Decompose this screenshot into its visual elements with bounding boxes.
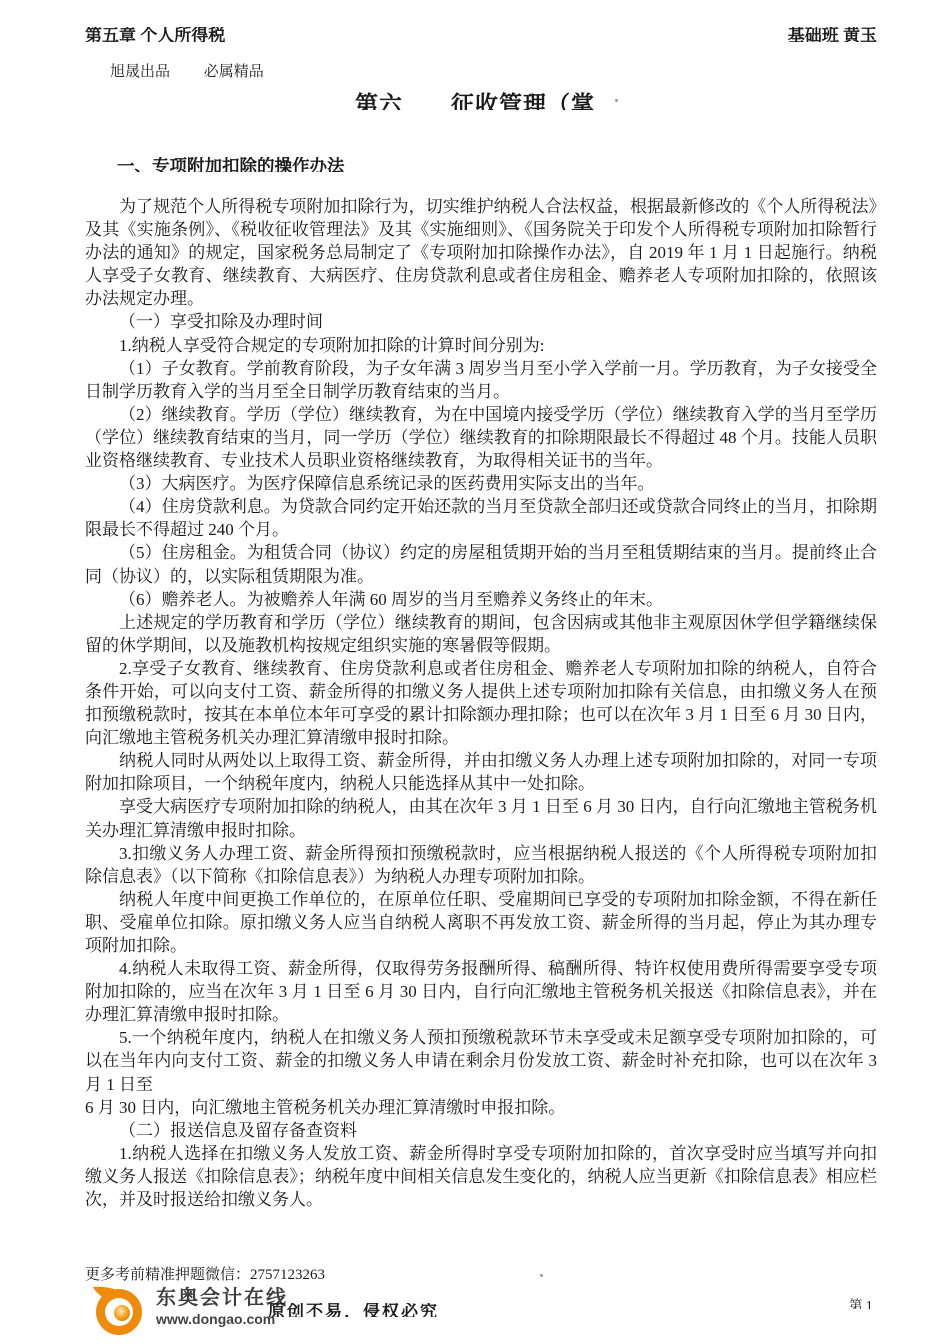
scan-speck <box>615 99 618 102</box>
body-paragraph: （1）子女教育。学前教育阶段，为子女年满 3 周岁当月至小学入学前一月。学历教育… <box>85 357 877 403</box>
body-paragraph: 3.扣缴义务人办理工资、薪金所得预扣预缴税款时，应当根据纳税人报送的《个人所得税… <box>85 842 877 888</box>
body-paragraph: 5.一个纳税年度内，纳税人在扣缴义务人预扣预缴税款环节未享受或未足额享受专项附加… <box>85 1026 877 1095</box>
body-paragraph: 上述规定的学历教育和学历（学位）继续教育的期间，包含因病或其他非主观原因休学但学… <box>85 611 877 657</box>
body-paragraph: （二）报送信息及留存备查资料 <box>85 1119 877 1142</box>
document-page: 第五章 个人所得税 基础班 黄玉 旭晟出品 必属精品 第六 征收管理（掌 一、专… <box>0 0 950 1344</box>
body-paragraph: 纳税人年度中间更换工作单位的，在原单位任职、受雇期间已享受的专项附加扣除金额，不… <box>85 888 877 957</box>
brand-left: 旭晟出品 <box>110 64 170 80</box>
dongao-logo: 东奥会计在线 www.dongao.com <box>90 1286 288 1336</box>
body-paragraph: 6 月 30 日内，向汇缴地主管税务机关办理汇算清缴时申报扣除。 <box>85 1096 877 1119</box>
page-title: 第六 征收管理（掌 <box>0 92 950 110</box>
dongao-logo-icon <box>90 1286 148 1336</box>
body-paragraph: （4）住房贷款利息。为贷款合同约定开始还款的当月至贷款全部归还或贷款合同终止的当… <box>85 495 877 541</box>
body-paragraph: 1.纳税人选择在扣缴义务人发放工资、薪金所得时享受专项附加扣除的，首次享受时应当… <box>85 1142 877 1211</box>
body-paragraph: （5）住房租金。为租赁合同（协议）约定的房屋租赁期开始的当月至租赁期结束的当月。… <box>85 541 877 587</box>
scan-speck <box>540 1274 543 1277</box>
body-paragraph: （6）赡养老人。为被赡养人年满 60 周岁的当月至赡养义务终止的年末。 <box>85 588 877 611</box>
brand-right: 必属精品 <box>204 64 264 80</box>
body-paragraph: （3）大病医疗。为医疗保障信息系统记录的医药费用实际支出的当年。 <box>85 472 877 495</box>
body-paragraph: 1.纳税人享受符合规定的专项附加扣除的计算时间分别为: <box>85 334 877 357</box>
wechat-promo-line: 更多考前精准押题微信：2757123263 <box>85 1263 325 1284</box>
body-paragraph: （一）享受扣除及办理时间 <box>85 310 877 333</box>
section-heading: 一、专项附加扣除的操作办法 <box>117 157 345 172</box>
body-paragraph: （2）继续教育。学历（学位）继续教育，为在中国境内接受学历（学位）继续教育入学的… <box>85 403 877 472</box>
copyright-notice: 原创不易，侵权必究 <box>268 1303 439 1317</box>
brand-line: 旭晟出品 必属精品 <box>110 60 294 81</box>
header-chapter: 第五章 个人所得税 <box>85 27 225 42</box>
body-paragraph: 为了规范个人所得税专项附加扣除行为，切实维护纳税人合法权益，根据最新修改的《个人… <box>85 195 877 310</box>
body-paragraph: 2.享受子女教育、继续教育、住房贷款利息或者住房租金、赡养老人专项附加扣除的纳税… <box>85 657 877 749</box>
body-text: 为了规范个人所得税专项附加扣除行为，切实维护纳税人合法权益，根据最新修改的《个人… <box>85 195 877 1211</box>
header-class-label: 基础班 黄玉 <box>788 27 877 42</box>
body-paragraph: 享受大病医疗专项附加扣除的纳税人，由其在次年 3 月 1 日至 6 月 30 日… <box>85 795 877 841</box>
body-paragraph: 纳税人同时从两处以上取得工资、薪金所得，并由扣缴义务人办理上述专项附加扣除的，对… <box>85 749 877 795</box>
body-paragraph: 4.纳税人未取得工资、薪金所得，仅取得劳务报酬所得、稿酬所得、特许权使用费所得需… <box>85 957 877 1026</box>
page-number: 第 1 <box>849 1298 873 1309</box>
